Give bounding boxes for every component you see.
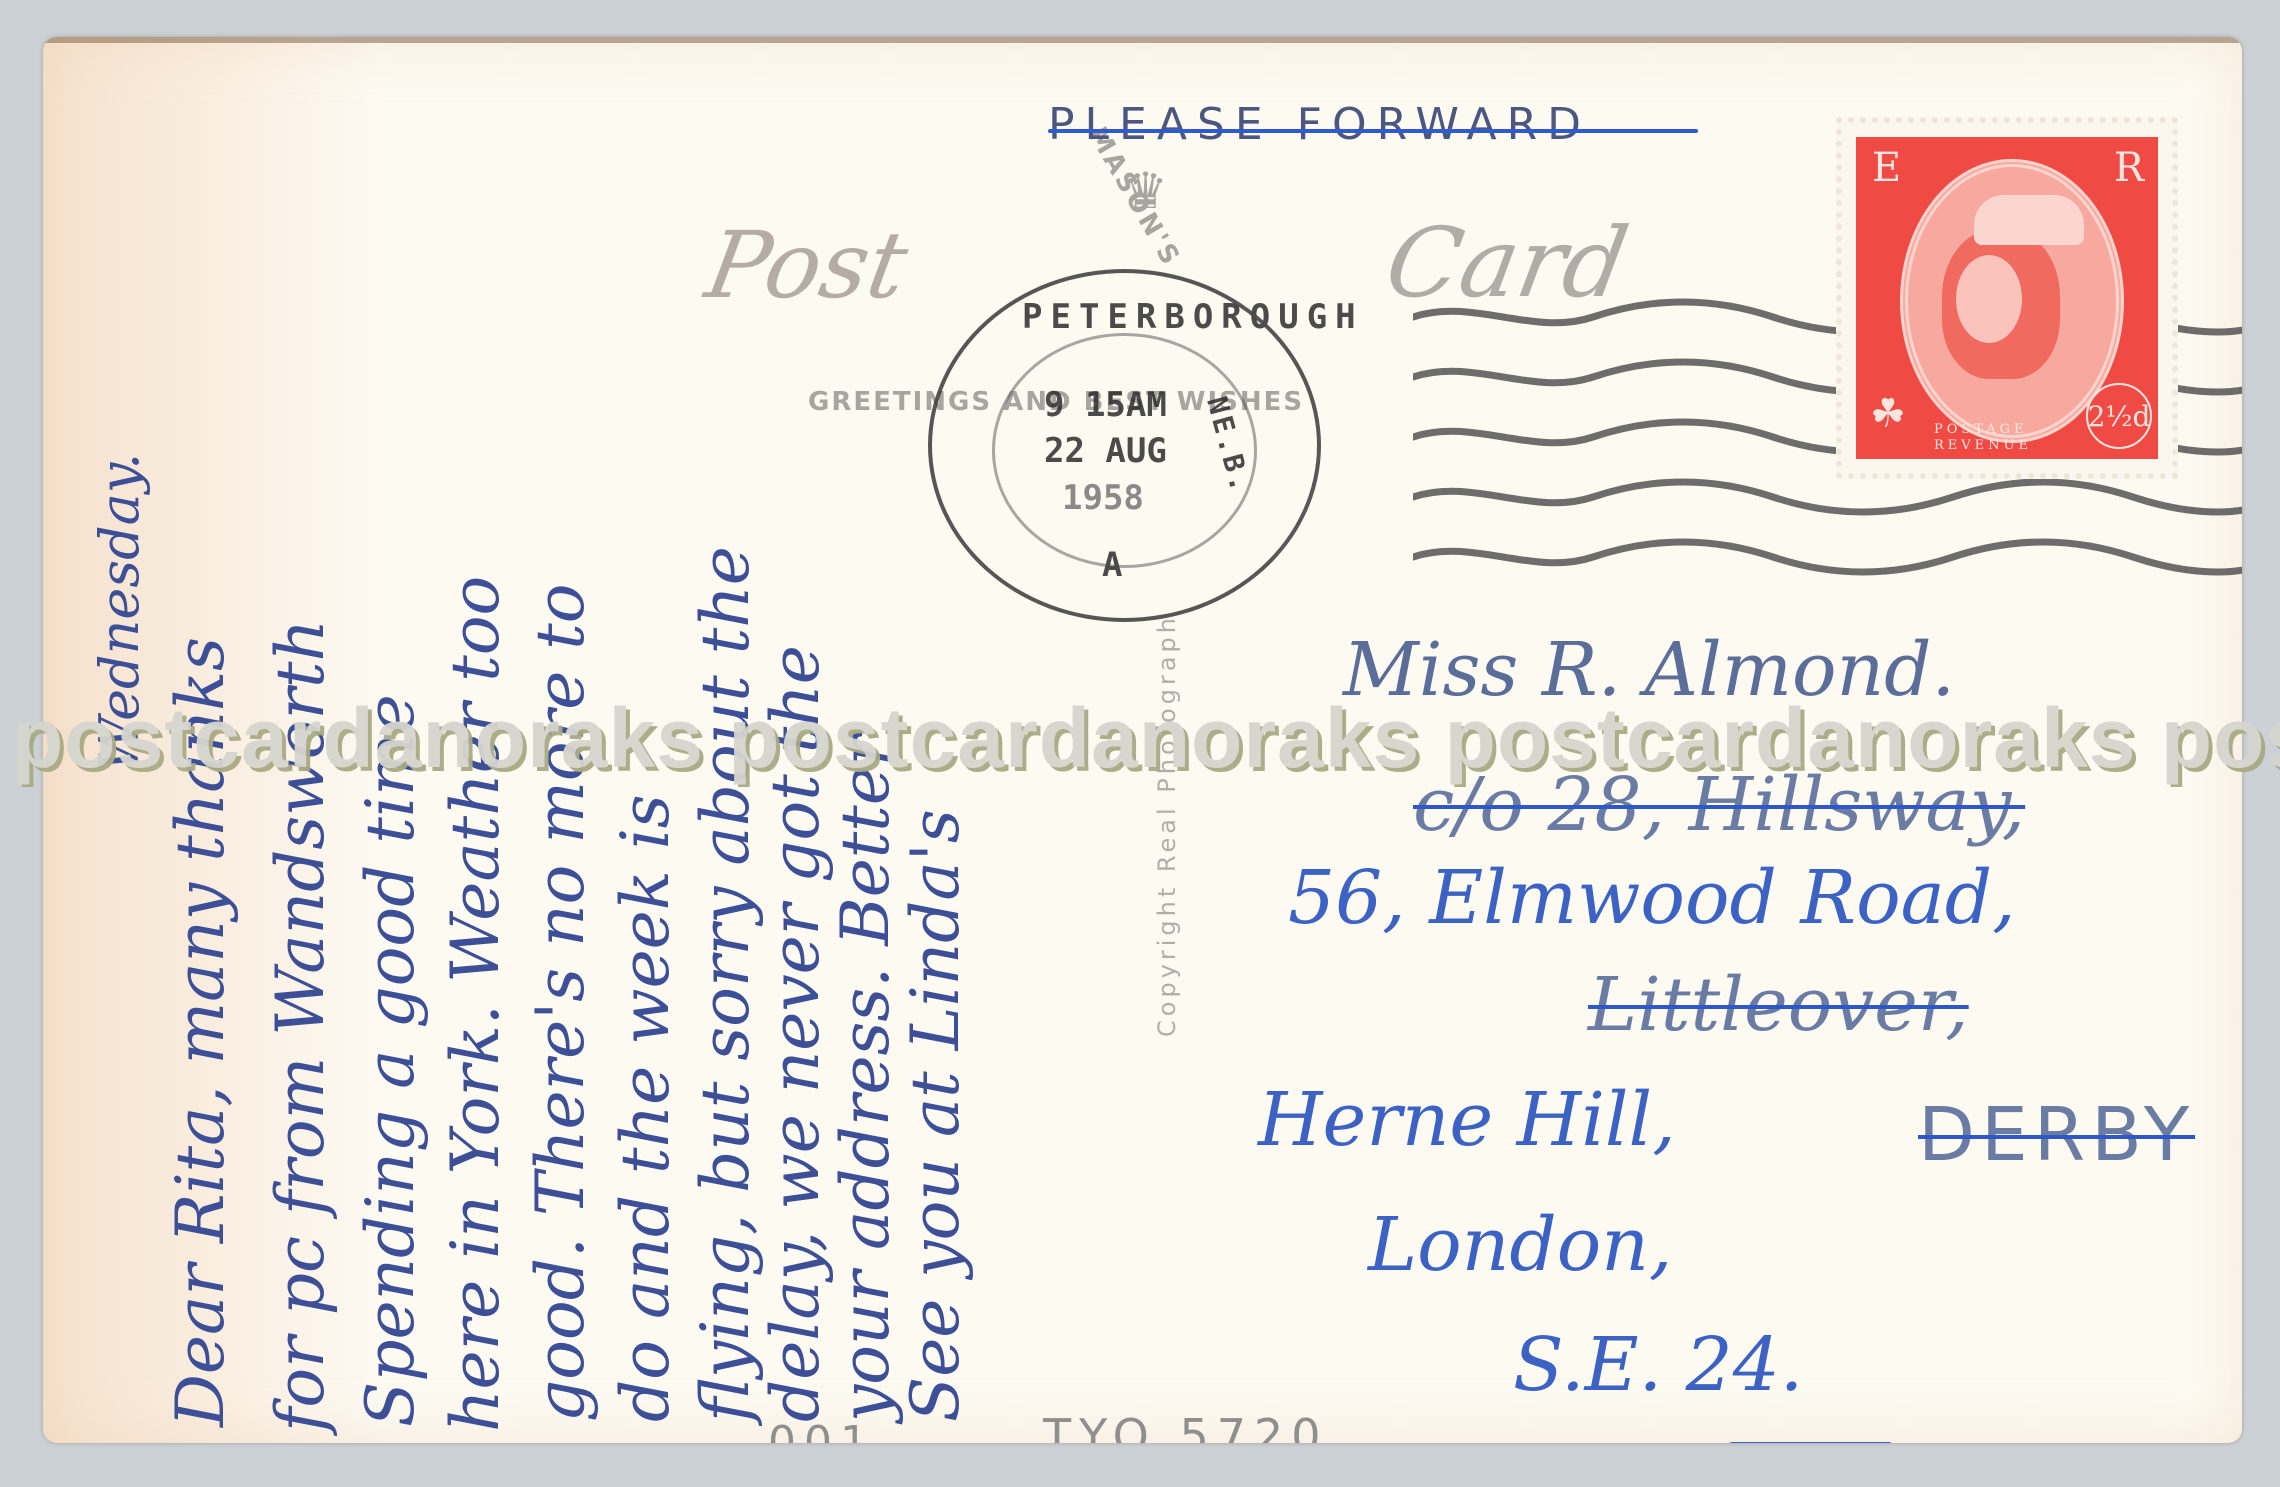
pencil-note-right: TYO 5720: [1043, 1409, 1329, 1443]
address-new-line-1: 56, Elmwood Road,: [1288, 855, 2016, 941]
postcode-underline: [1728, 1442, 1893, 1443]
message-line: your address. Better: [833, 735, 899, 1422]
postmark-time: 9 15AM: [1044, 385, 1167, 425]
address-old-line-2: Littleover,: [1588, 962, 1969, 1048]
message-line: Dear Rita, many thanks: [168, 637, 234, 1427]
stamp-label-postage: POSTAGE: [1934, 422, 2028, 437]
address-postcode: S.E. 24.: [1513, 1322, 1803, 1408]
postage-stamp: E R ☘ POSTAGE REVENUE 2½d: [1836, 117, 2178, 479]
address-new-line-2: Herne Hill,: [1258, 1077, 1676, 1163]
message-line: delay, we never got the: [763, 645, 829, 1422]
stamp-crown-icon: [1974, 195, 2084, 245]
address-old-line-3: DERBY: [1918, 1092, 2195, 1178]
message-line: do and the week is: [613, 794, 679, 1422]
postcard-back: Post Card GREETINGS AND BEST WISHES MASO…: [43, 37, 2242, 1443]
postmark-code: A: [1102, 545, 1122, 585]
message-line: for pc from Wandsworth: [268, 619, 334, 1432]
message-line: flying, but sorry about the: [693, 546, 759, 1422]
shamrock-emblem-icon: ☘: [1870, 391, 1906, 437]
pencil-note-left: 001: [768, 1417, 876, 1443]
stamp-value: 2½d: [2086, 383, 2152, 449]
postmark: PETERBOROUGH 9 15AM 22 AUG 1958 A NE.B.: [928, 269, 1321, 622]
forwarding-strike-line: [1048, 129, 1698, 133]
stamp-portrait-face: [1956, 255, 2022, 343]
printed-post-word: Post: [699, 212, 916, 319]
message-line: Wednesday.: [93, 453, 147, 772]
stamp-face: E R ☘ POSTAGE REVENUE 2½d: [1856, 137, 2158, 459]
message-line: Spending a good time: [358, 694, 424, 1427]
stamp-cipher-left: E: [1872, 145, 1901, 191]
forwarding-note: PLEASE FORWARD: [1048, 99, 1591, 150]
address-recipient: Miss R. Almond.: [1343, 627, 1955, 713]
address-old-line-1: c/o 28, Hillsway,: [1413, 762, 2025, 848]
message-line: here in York. Weather too: [443, 576, 509, 1432]
postmark-date: 22 AUG: [1044, 431, 1167, 471]
postmark-year: 1958: [1062, 478, 1144, 518]
message-line: good. There's no more to: [528, 583, 594, 1422]
copyright-text: Copyright Real Photograph: [1153, 614, 1181, 1037]
publisher-crown-icon: ♛: [1123, 162, 1183, 222]
postmark-town: PETERBOROUGH: [1022, 297, 1364, 337]
message-line: See you at Linda's: [903, 809, 969, 1422]
stamp-cipher-right: R: [2114, 145, 2144, 191]
address-new-line-3: London,: [1368, 1202, 1672, 1288]
stamp-label-revenue: REVENUE: [1934, 438, 2032, 453]
